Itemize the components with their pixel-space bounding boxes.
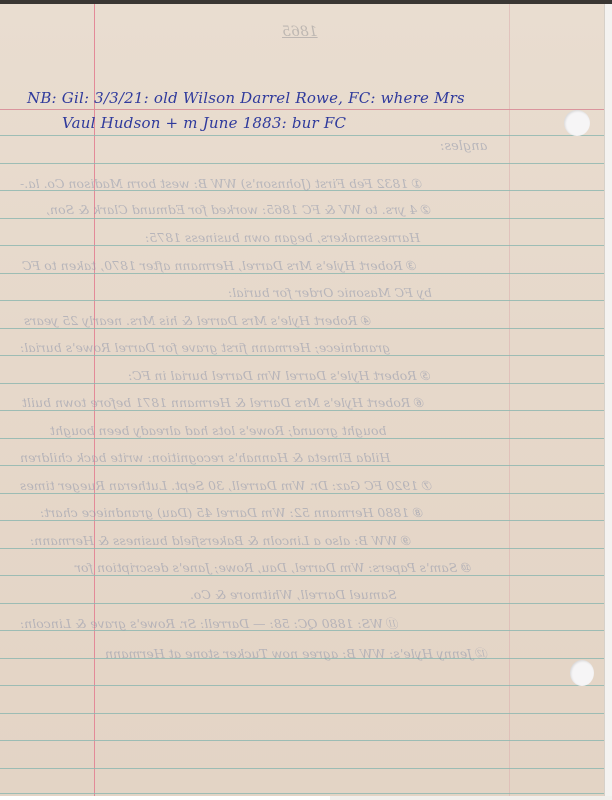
ruled-line xyxy=(0,768,604,769)
header-red-rule xyxy=(0,109,604,110)
ruled-line xyxy=(0,520,604,521)
ruled-line xyxy=(0,465,604,466)
bleed-through-line: by FC Masonic Order for burial: xyxy=(228,285,432,300)
bleed-through-line: Hilda Elmeta & Hannah's recognition: wri… xyxy=(20,450,390,465)
bleed-through-line: ⑥ Robert Hyle's Mrs Darrel & Hermann 187… xyxy=(22,395,425,410)
ruled-line xyxy=(0,685,604,686)
bleed-through-line: Samuel Darrell, Whitmore & Co. xyxy=(190,587,397,602)
scan-bottom-edge xyxy=(330,796,612,800)
bleed-through-line: grandniece; Hermann first grave for Darr… xyxy=(20,340,390,355)
binder-hole-top xyxy=(564,110,590,136)
bleed-through-line: ⑫ Jenny Hyle's: WW B: agree now Tucker s… xyxy=(105,644,489,662)
ruled-line xyxy=(0,273,604,274)
bleed-through-line: ⑤ Robert Hyle's Darrel Wm Darrel burial … xyxy=(128,368,432,383)
ruled-line xyxy=(0,410,604,411)
ink-line-2: Vaul Hudson + m June 1883: bur FC xyxy=(62,114,346,132)
ruled-line xyxy=(0,383,604,384)
bleed-through-line: ① 1832 Feb First (Johnson's) WW B: west … xyxy=(20,176,423,191)
bleed-through-line: ⑧ 1880 Hermann 52: Wm Darrel 45 (Dau) gr… xyxy=(40,505,424,520)
bleed-through-line: ③ Robert Hyle's Mrs Darrel, Hermann afte… xyxy=(22,258,418,273)
notebook-page: 1865 angles: ① 1832 Feb First (Johnson's… xyxy=(0,4,604,796)
ruled-line xyxy=(0,548,604,549)
ruled-line xyxy=(0,438,604,439)
bleed-through-heading: 1865 xyxy=(282,24,318,40)
bleed-through-line: Harnessmakers, began own business 1875: xyxy=(145,230,420,245)
bleed-through-line: bought ground; Rowe's lots had already b… xyxy=(50,423,386,438)
ruled-line xyxy=(0,713,604,714)
bleed-through-line: ② 4 yrs. to WV & FC 1865: worked for Edm… xyxy=(46,202,432,217)
bleed-through-line: ⑪ WS: 1880 QC: 58: — Darrell: Sr. Rowe's… xyxy=(20,614,400,632)
ruled-line xyxy=(0,218,604,219)
bleed-through-line: ⑨ WW B: also a Lincoln & Bakersfield bus… xyxy=(30,533,412,548)
ruled-line xyxy=(0,328,604,329)
scan-right-edge xyxy=(604,4,612,800)
ruled-line xyxy=(0,355,604,356)
binder-hole-bottom xyxy=(570,660,594,686)
ruled-line xyxy=(0,163,604,164)
ruled-line xyxy=(0,740,604,741)
right-margin-line xyxy=(509,4,510,796)
bleed-through-line: ⑩ Sam's Papers: Wm Darrel, Dau, Rowe; Ja… xyxy=(75,560,473,575)
bleed-through-line: angles: xyxy=(440,139,487,154)
ruled-line xyxy=(0,245,604,246)
ruled-line xyxy=(0,575,604,576)
ruled-line xyxy=(0,135,604,136)
ruled-line xyxy=(0,493,604,494)
ruled-line xyxy=(0,300,604,301)
ink-line-1: NB: Gil: 3/3/21: old Wilson Darrel Rowe,… xyxy=(27,89,465,107)
ruled-line xyxy=(0,793,604,794)
bleed-through-line: ⑦ 1920 FC Gaz: Dr. Wm Darrell, 30 Sept. … xyxy=(20,478,433,493)
ruled-line xyxy=(0,603,604,604)
bleed-through-line: ④ Robert Hyle's Mrs Darrel & his Mrs. ne… xyxy=(24,313,372,328)
